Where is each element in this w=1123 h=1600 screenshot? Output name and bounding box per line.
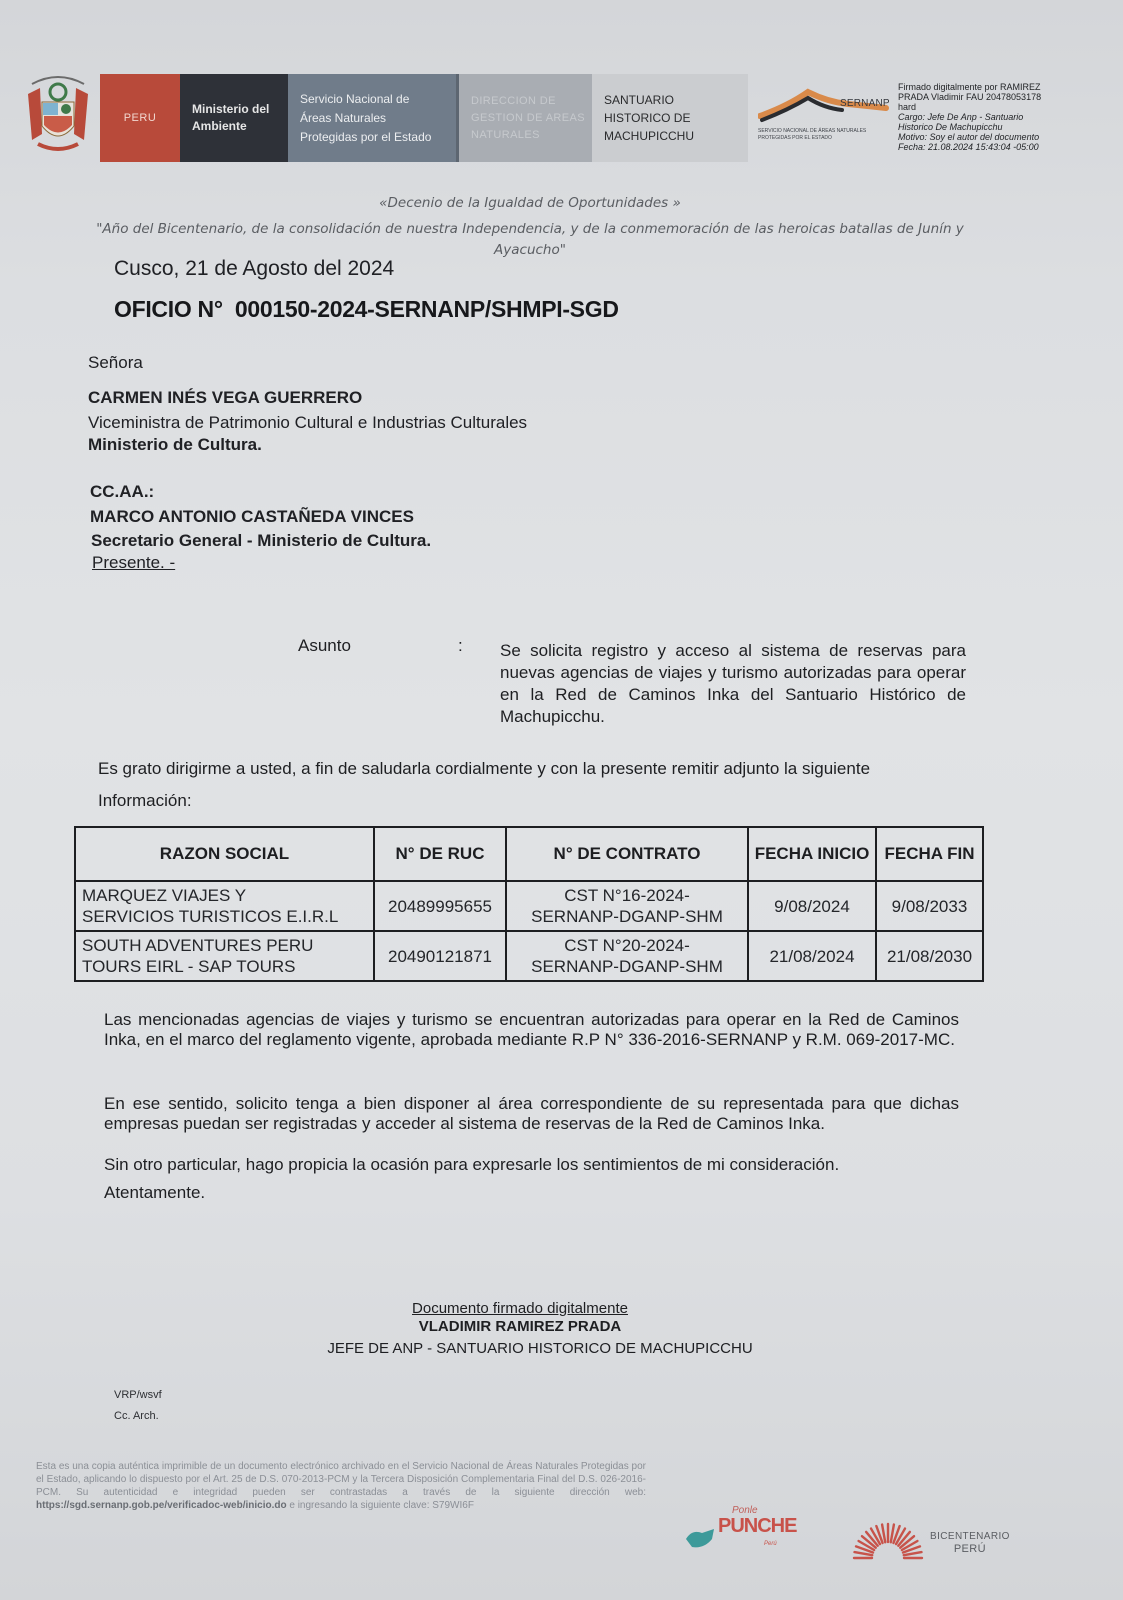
sernanp-brand-block: Servicio Nacional de Áreas Naturales Pro… — [288, 74, 456, 162]
bicentenario-line: BICENTENARIO — [930, 1530, 1010, 1543]
signature-line: Motivo: Soy el autor del documento — [898, 132, 1073, 142]
cell-ruc: 20489995655 — [374, 881, 506, 931]
razon-line: SOUTH ADVENTURES PERU — [82, 935, 372, 956]
campaign-word: Perú — [764, 1541, 777, 1547]
authenticity-disclaimer: Esta es una copia auténtica imprimible d… — [36, 1460, 646, 1512]
agencies-table: RAZON SOCIAL N° DE RUC N° DE CONTRATO FE… — [74, 826, 984, 982]
contrato-line: SERNANP-DGANP-SHM — [508, 956, 746, 977]
cell-razon-social: SOUTH ADVENTURES PERU TOURS EIRL - SAP T… — [75, 931, 374, 981]
contrato-line: SERNANP-DGANP-SHM — [508, 906, 746, 927]
signature-note: Documento firmado digitalmente — [270, 1300, 770, 1318]
ministry-line: Ambiente — [192, 118, 269, 135]
peru-map-icon — [684, 1525, 718, 1551]
intro-paragraph: Es grato dirigirme a usted, a fin de sal… — [98, 753, 968, 817]
ministry-line: Ministerio del — [192, 101, 269, 118]
service-line: Áreas Naturales — [300, 109, 431, 128]
bicentenario-line: PERÚ — [930, 1543, 1010, 1556]
subject-text: Se solicita registro y acceso al sistema… — [500, 640, 966, 728]
closing-paragraph: Sin otro particular, hago propicia la oc… — [104, 1155, 959, 1175]
razon-line: MARQUEZ VIAJES Y — [82, 885, 372, 906]
table-header-row: RAZON SOCIAL N° DE RUC N° DE CONTRATO FE… — [75, 827, 983, 881]
cell-ruc: 20490121871 — [374, 931, 506, 981]
authorization-paragraph: Las mencionadas agencias de viajes y tur… — [104, 1010, 959, 1050]
bicentenario-wordmark: BICENTENARIO PERÚ — [930, 1530, 1010, 1556]
recipient-name: CARMEN INÉS VEGA GUERRERO — [88, 388, 362, 408]
col-fecha-fin: FECHA FIN — [876, 827, 983, 881]
request-paragraph: En ese sentido, solicito tenga a bien di… — [104, 1094, 959, 1134]
presente-line: Presente. - — [92, 553, 175, 573]
direction-line: DIRECCION DE — [471, 93, 585, 110]
reference-initials: VRP/wsvf — [114, 1385, 162, 1406]
campaign-word: PUNCHE — [718, 1515, 796, 1538]
razon-line: TOURS EIRL - SAP TOURS — [82, 956, 372, 977]
contrato-line: CST N°20-2024- — [508, 935, 746, 956]
peru-brand-block: PERU — [100, 74, 180, 162]
signer-title: JEFE DE ANP - SANTUARIO HISTORICO DE MAC… — [200, 1340, 880, 1357]
cell-fecha-fin: 9/08/2033 — [876, 881, 983, 931]
place-date: Cusco, 21 de Agosto del 2024 — [114, 257, 394, 281]
table-row: MARQUEZ VIAJES Y SERVICIOS TURISTICOS E.… — [75, 881, 983, 931]
year-slogan: "Año del Bicentenario, de la consolidaci… — [90, 219, 970, 261]
bicentenario-sun-icon — [850, 1510, 926, 1560]
signature-line: Fecha: 21.08.2024 15:43:04 -05:00 — [898, 142, 1073, 152]
col-contrato: N° DE CONTRATO — [506, 827, 748, 881]
disclaimer-text: Esta es una copia auténtica imprimible d… — [36, 1461, 646, 1498]
oficio-number: OFICIO N° 000150-2024-SERNANP/SHMPI-SGD — [114, 296, 619, 323]
verification-link[interactable]: https://sgd.sernanp.gob.pe/verificadoc-w… — [36, 1500, 287, 1511]
cc-position: Secretario General - Ministerio de Cultu… — [91, 531, 431, 551]
cc-label: CC.AA.: — [90, 482, 154, 502]
closing-salutation: Atentamente. — [104, 1183, 959, 1203]
cell-fecha-inicio: 21/08/2024 — [748, 931, 876, 981]
sernanp-subtitle: SERVICIO NACIONAL DE ÁREAS NATURALES PRO… — [758, 128, 888, 142]
ponle-punche-logo: Ponle PUNCHE Perú — [684, 1505, 814, 1555]
signature-line: Firmado digitalmente por RAMIREZ — [898, 82, 1073, 92]
col-ruc: N° DE RUC — [374, 827, 506, 881]
col-razon-social: RAZON SOCIAL — [75, 827, 374, 881]
country-label: PERU — [124, 112, 157, 124]
service-line: Protegidas por el Estado — [300, 128, 431, 147]
ministry-brand-block: Ministerio del Ambiente — [180, 74, 288, 162]
signature-line: Historico De Machupicchu — [898, 122, 1073, 132]
direction-line: GESTION DE AREAS — [471, 110, 585, 127]
recipient-position: Viceministra de Patrimonio Cultural e In… — [88, 413, 527, 433]
service-line: Servicio Nacional de — [300, 90, 431, 109]
sernanp-mountain-logo-icon — [758, 86, 890, 152]
sanctuary-line: SANTUARIO — [604, 91, 694, 109]
cell-razon-social: MARQUEZ VIAJES Y SERVICIOS TURISTICOS E.… — [75, 881, 374, 931]
subject-label: Asunto — [298, 636, 351, 656]
decade-slogan: «Decenio de la Igualdad de Oportunidades… — [90, 195, 970, 211]
digital-signature-stamp: Firmado digitalmente por RAMIREZ PRADA V… — [898, 82, 1073, 152]
signature-block: Documento firmado digitalmente VLADIMIR … — [270, 1300, 770, 1336]
direction-brand-block: DIRECCION DE GESTION DE AREAS NATURALES — [456, 74, 592, 162]
sanctuary-line: MACHUPICCHU — [604, 127, 694, 145]
direction-line: NATURALES — [471, 127, 585, 144]
signer-name: VLADIMIR RAMIREZ PRADA — [270, 1318, 770, 1336]
cell-contrato: CST N°20-2024- SERNANP-DGANP-SHM — [506, 931, 748, 981]
reference-cc: Cc. Arch. — [114, 1406, 162, 1427]
signature-line: Cargo: Jefe De Anp - Santuario — [898, 112, 1073, 122]
sanctuary-brand-block: SANTUARIO HISTORICO DE MACHUPICCHU — [592, 74, 748, 162]
salutation: Señora — [88, 353, 143, 373]
references: VRP/wsvf Cc. Arch. — [114, 1385, 162, 1427]
subject-colon: : — [458, 636, 463, 656]
recipient-institution: Ministerio de Cultura. — [88, 435, 262, 455]
cc-name: MARCO ANTONIO CASTAÑEDA VINCES — [90, 507, 414, 527]
table-row: SOUTH ADVENTURES PERU TOURS EIRL - SAP T… — [75, 931, 983, 981]
cell-fecha-inicio: 9/08/2024 — [748, 881, 876, 931]
cell-contrato: CST N°16-2024- SERNANP-DGANP-SHM — [506, 881, 748, 931]
sernanp-wordmark: SERNANP — [840, 98, 890, 109]
cell-fecha-fin: 21/08/2030 — [876, 931, 983, 981]
verification-key: e ingresando la siguiente clave: S79WI6F — [289, 1500, 474, 1511]
contrato-line: CST N°16-2024- — [508, 885, 746, 906]
signature-line: hard — [898, 102, 1073, 112]
col-fecha-inicio: FECHA INICIO — [748, 827, 876, 881]
sanctuary-line: HISTORICO DE — [604, 109, 694, 127]
signature-line: PRADA Vladimir FAU 20478053178 — [898, 92, 1073, 102]
peru-coat-of-arms-icon — [22, 68, 94, 156]
razon-line: SERVICIOS TURISTICOS E.I.R.L — [82, 906, 372, 927]
